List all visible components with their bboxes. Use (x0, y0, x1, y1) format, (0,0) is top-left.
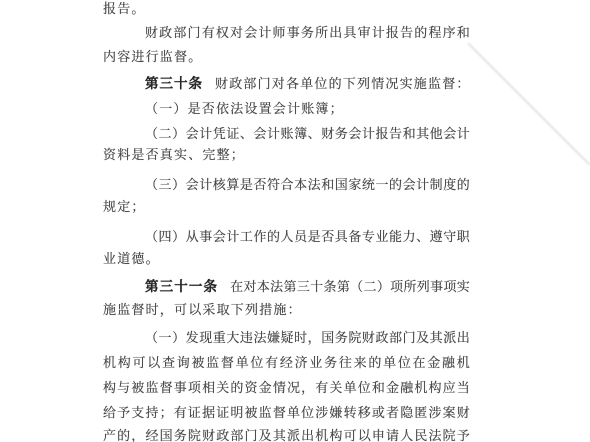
text-line: 机构可以查询被监督单位有经济业务往来的单位在金融机 (103, 350, 470, 375)
line-text: 内容进行监督。 (103, 49, 202, 64)
article-heading-line: 第三十条财政部门对各单位的下列情况实施监督： (103, 71, 470, 96)
diagonal-watermark-line (467, 42, 590, 166)
line-text: 给予支持；有证据证明被监督单位涉嫌转移或者隐匿涉案财 (103, 405, 470, 420)
text-line-clipped: 产的，经国务院财政部门及其派出机构可以申请人民法院予 (103, 423, 470, 442)
text-line: 规定； (103, 194, 470, 219)
line-text: （四）从事会计工作的人员是否具备专业能力、遵守职 (145, 229, 470, 244)
line-text: （一）是否依法设置会计账簿； (145, 101, 344, 116)
line-text: （二）会计凭证、会计账簿、财务会计报告和其他会计 (145, 126, 470, 141)
line-text: 机构可以查询被监督单位有经济业务往来的单位在金融机 (103, 355, 470, 370)
list-item-line: （一）发现重大违法嫌疑时，国务院财政部门及其派出 (103, 325, 470, 350)
text-line: 内容进行监督。 (103, 44, 470, 69)
line-text: 施监督时，可以采取下列措施： (103, 302, 302, 317)
article-heading-line: 第三十一条在对本法第三十条第（二）项所列事项实 (103, 274, 470, 299)
line-text: 构与被监督事项相关的资金情况，有关单位和金融机构应当 (103, 380, 470, 395)
text-line: 给予支持；有证据证明被监督单位涉嫌转移或者隐匿涉案财 (103, 400, 470, 425)
line-text: 财政部门有权对会计师事务所出具审计报告的程序和 (145, 25, 470, 40)
text-line: 构与被监督事项相关的资金情况，有关单位和金融机构应当 (103, 375, 470, 400)
line-text: （三）会计核算是否符合本法和国家统一的会计制度的 (145, 177, 470, 192)
text-line: 业道德。 (103, 246, 470, 271)
line-text: 产的，经国务院财政部门及其派出机构可以申请人民法院予 (103, 428, 470, 442)
text-line: 施监督时，可以采取下列措施： (103, 297, 470, 322)
list-item-line: （一）是否依法设置会计账簿； (103, 96, 470, 121)
text-line: 财政部门有权对会计师事务所出具审计报告的程序和 (103, 20, 470, 45)
line-text: 在对本法第三十条第（二）项所列事项实 (230, 279, 470, 294)
line-text: 业道德。 (103, 251, 160, 266)
text-line: 资料是否真实、完整； (103, 142, 470, 167)
document-page: 报告。 财政部门有权对会计师事务所出具审计报告的程序和 内容进行监督。 第三十条… (0, 0, 590, 442)
article-number: 第三十条 (145, 76, 203, 91)
line-text: （一）发现重大违法嫌疑时，国务院财政部门及其派出 (145, 330, 470, 345)
line-text: 资料是否真实、完整； (103, 147, 245, 162)
line-text: 财政部门对各单位的下列情况实施监督： (215, 76, 471, 91)
line-text: 报告。 (103, 1, 146, 16)
text-line: 报告。 (103, 0, 470, 21)
line-text: 规定； (103, 199, 146, 214)
article-number: 第三十一条 (145, 279, 218, 294)
